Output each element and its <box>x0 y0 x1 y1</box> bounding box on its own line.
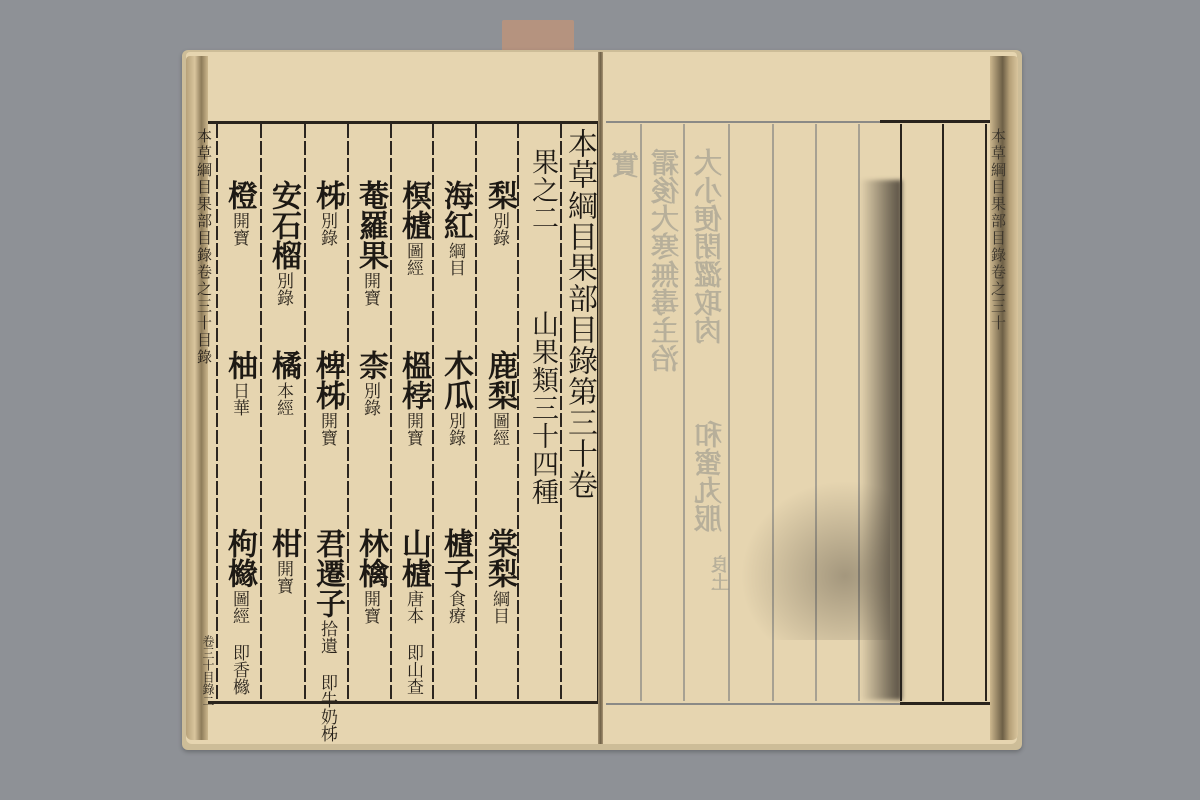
entry-wenpo: 榲桲開寶 <box>396 350 430 446</box>
running-head: 本草綱目果部目錄第三十卷 <box>563 128 596 500</box>
right-frame-bottom-dark <box>900 702 990 705</box>
right-side-title: 本草綱目果部目錄卷之三十 <box>990 128 1006 332</box>
entry-shanzha: 山樝唐本 即山查 <box>396 528 430 695</box>
column-rule <box>517 124 519 701</box>
column-rule <box>216 124 218 701</box>
ghost-text: 和蜜丸服 <box>693 420 727 532</box>
entry-haihong: 海紅綱目 <box>438 180 472 276</box>
left-side-title: 本草綱目果部目錄卷之三十目錄 <box>196 128 212 366</box>
ghost-text: 良土 <box>705 555 739 591</box>
category-heading: 山果類三十四種 <box>525 310 559 506</box>
section-heading: 果之二 <box>525 148 559 232</box>
entry-tangli: 棠梨綱目 <box>482 528 516 624</box>
entry-nai: 柰別錄 <box>353 350 387 416</box>
right-frame-rule <box>985 124 987 701</box>
right-frame-top-dark <box>880 120 990 123</box>
entry-beishi: 椑柹開寶 <box>310 350 344 446</box>
entry-junqianzi: 君遷子拾遺 即牛奶柹 <box>310 528 344 742</box>
entry-shi: 柹別錄 <box>310 180 344 246</box>
entry-gan: 柑開寶 <box>266 528 300 594</box>
entry-cheng: 橙開寶 <box>222 180 256 246</box>
column-rule <box>260 124 262 701</box>
entry-luli: 鹿梨圖經 <box>482 350 516 446</box>
left-frame-bottom <box>208 701 600 704</box>
folio-number: 卷三十目錄二 <box>200 635 217 707</box>
entry-anluoguo: 菴羅果開寶 <box>353 180 387 306</box>
column-rule <box>390 124 392 701</box>
column-rule <box>304 124 306 701</box>
right-column-rule <box>942 124 944 701</box>
column-rule <box>347 124 349 701</box>
ghost-rule <box>728 124 730 701</box>
ghost-text: 霜後大寒無毒主治 <box>650 148 684 372</box>
ghost-rule <box>640 124 642 701</box>
ink-stain <box>740 480 890 640</box>
entry-gouyuan: 枸櫞圖經 即香櫞 <box>222 528 256 695</box>
entry-mugua: 木瓜別錄 <box>438 350 472 446</box>
entry-zhazi: 樝子食療 <box>438 528 472 624</box>
entry-you: 柚日華 <box>222 350 256 416</box>
entry-ju: 橘本經 <box>266 350 300 416</box>
column-rule <box>475 124 477 701</box>
left-frame-top <box>208 121 600 124</box>
entry-anshiliu: 安石榴別錄 <box>266 180 300 306</box>
entry-mingzha: 榠樝圖經 <box>396 180 430 276</box>
ghost-text: 實 <box>610 150 644 178</box>
column-rule <box>432 124 434 701</box>
ghost-text: 大小便閉澀取肉 <box>693 148 727 344</box>
entry-linqin: 林檎開寶 <box>353 528 387 624</box>
entry-li: 梨別錄 <box>482 180 516 246</box>
